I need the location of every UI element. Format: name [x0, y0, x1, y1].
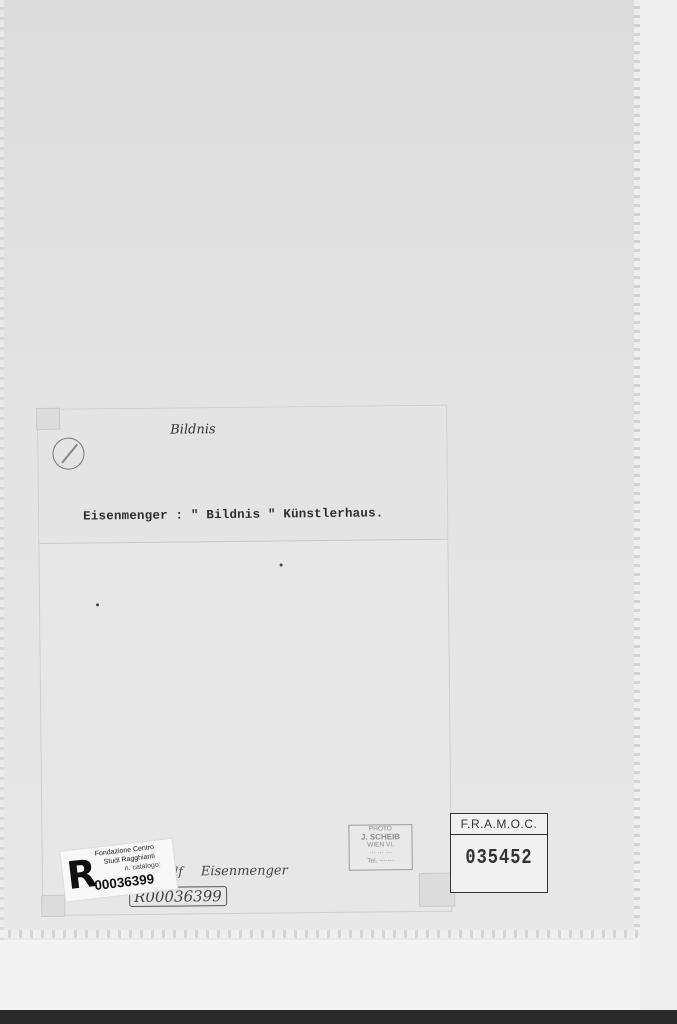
corner-mount-bottom-left	[41, 895, 65, 917]
catalog-number-label: n. catalogo:	[124, 861, 161, 872]
photo-card: Bildnis Eisenmenger : " Bildnis " Künstl…	[38, 406, 451, 915]
photographer-stamp: PHOTO J. SCHEIB WIEN VI. ··· ··· ··· Tel…	[348, 824, 412, 871]
handwritten-title: Bildnis	[170, 422, 216, 437]
sleeve-left-edge	[0, 0, 4, 940]
catalog-number: 00036399	[94, 871, 155, 893]
scan-bottom-border	[0, 1010, 677, 1024]
ragghianti-logo-icon: R	[65, 855, 89, 895]
background-lower	[0, 940, 640, 1010]
artist-last-name: Eisenmenger	[201, 863, 288, 879]
circle-stamp-icon	[52, 438, 84, 470]
speck	[96, 603, 99, 606]
framoc-title: F.R.A.M.O.C.	[451, 814, 547, 835]
framoc-stamp: F.R.A.M.O.C. 035452	[450, 813, 548, 893]
corner-mount-top-left	[36, 408, 60, 430]
background-strip	[640, 0, 677, 1010]
framoc-number: 035452	[451, 847, 547, 871]
speck	[280, 563, 283, 566]
stamp-phone: Tel. ·-··-··	[350, 857, 412, 866]
sleeve-bottom-edge	[0, 930, 640, 938]
